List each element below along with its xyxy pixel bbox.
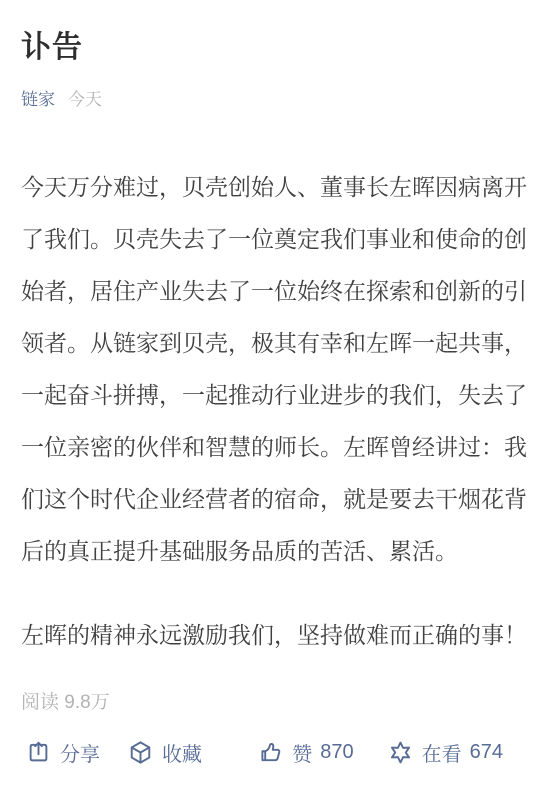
action-bar-right-group: 赞 870 在看 674 — [257, 738, 503, 767]
article-page: 讣告 链家今天 今天万分难过，贝壳创始人、董事长左晖因病离开了我们。贝壳失去了一… — [0, 30, 550, 767]
favorite-label: 收藏 — [162, 738, 202, 767]
like-button[interactable]: 赞 870 — [257, 738, 353, 767]
share-label: 分享 — [60, 738, 100, 767]
article-paragraph-1: 今天万分难过，贝壳创始人、董事长左晖因病离开了我们。贝壳失去了一位奠定我们事业和… — [21, 161, 529, 577]
wow-count: 674 — [470, 741, 503, 764]
action-bar: 分享 收藏 赞 870 — [21, 738, 529, 767]
publish-date: 今天 — [68, 90, 102, 109]
read-count: 阅读 9.8万 — [21, 691, 529, 714]
author-link[interactable]: 链家 — [21, 90, 55, 109]
share-button[interactable]: 分享 — [25, 738, 100, 767]
thumbs-up-icon — [257, 739, 284, 766]
article-paragraph-2: 左晖的精神永远激励我们，坚持做难而正确的事！ — [21, 609, 529, 661]
like-count: 870 — [320, 741, 353, 764]
page-title: 讣告 — [21, 30, 529, 66]
favorite-button[interactable]: 收藏 — [127, 738, 202, 767]
cube-icon — [127, 739, 154, 766]
wow-button[interactable]: 在看 674 — [387, 738, 503, 767]
share-icon — [25, 739, 52, 766]
action-bar-left-group: 分享 收藏 — [25, 738, 202, 767]
flower-star-icon — [387, 739, 414, 766]
wow-label: 在看 — [422, 738, 462, 767]
like-label: 赞 — [292, 738, 312, 767]
article-meta: 链家今天 — [21, 90, 529, 110]
